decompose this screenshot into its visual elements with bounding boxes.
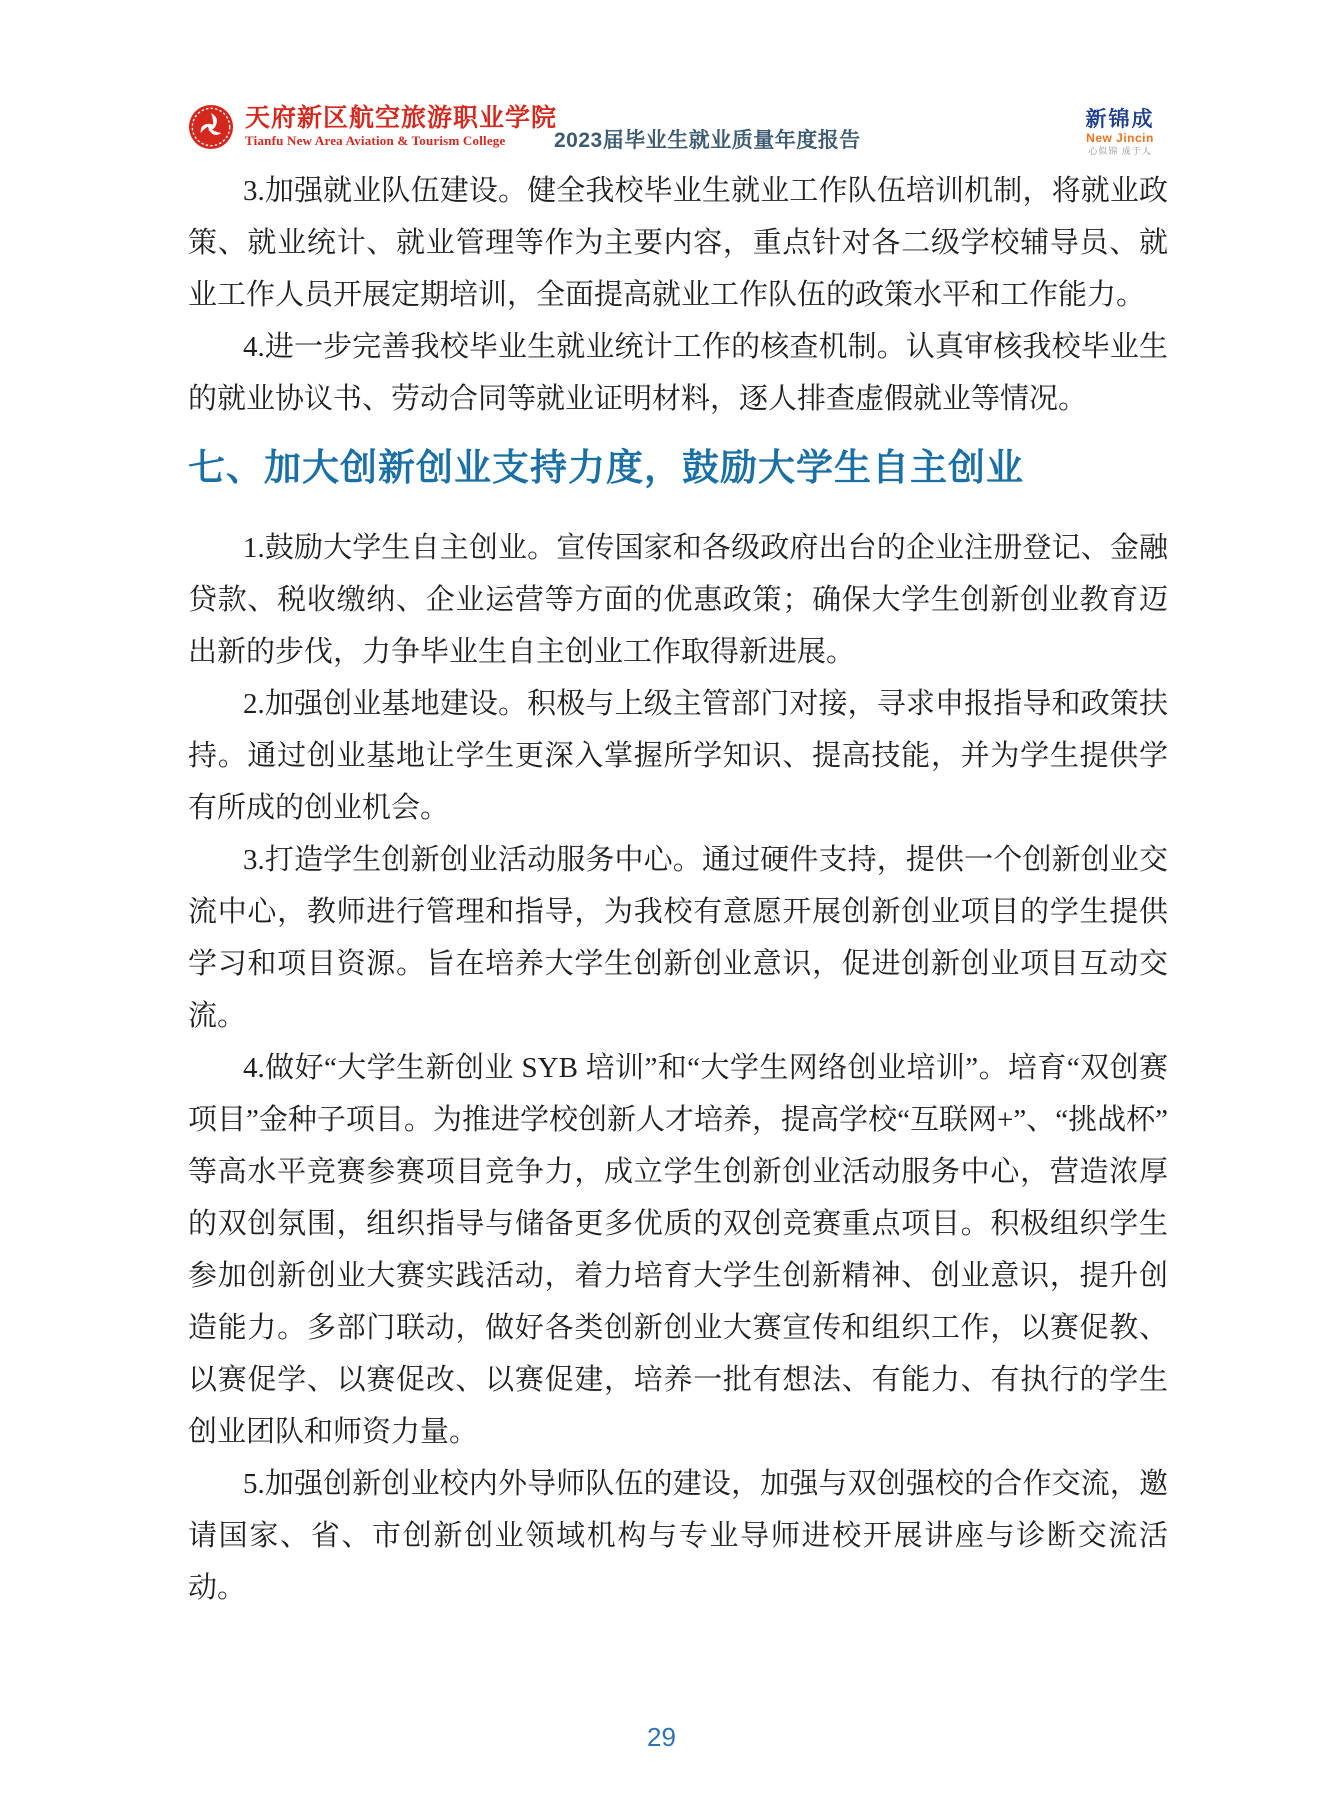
body-paragraph: 1.鼓励大学生自主创业。宣传国家和各级政府出台的企业注册登记、金融贷款、税收缴纳… — [188, 522, 1168, 678]
body-paragraph: 4.进一步完善我校毕业生就业统计工作的核查机制。认真审核我校毕业生的就业协议书、… — [188, 321, 1168, 425]
section-heading: 七、加大创新创业支持力度，鼓励大学生自主创业 — [188, 441, 1168, 497]
school-name-en: Tianfu New Area Aviation & Tourism Colle… — [245, 133, 557, 149]
document-page: 天府新区航空旅游职业学院 Tianfu New Area Aviation & … — [0, 0, 1323, 1795]
newjincin-logo: 新锦成 New Jincin 心似锦 成于人 — [1081, 108, 1159, 158]
body-paragraph: 5.加强创新创业校内外导师队伍的建设，加强与双创强校的合作交流，邀请国家、省、市… — [188, 1458, 1168, 1614]
school-brand: 天府新区航空旅游职业学院 Tianfu New Area Aviation & … — [188, 104, 557, 150]
newjincin-name-en: New Jincin — [1081, 131, 1159, 145]
report-title: 2023届毕业生就业质量年度报告 — [554, 124, 861, 154]
body-paragraph: 3.打造学生创新创业活动服务中心。通过硬件支持，提供一个创新创业交流中心，教师进… — [188, 834, 1168, 1042]
document-body: 3.加强就业队伍建设。健全我校毕业生就业工作队伍培训机制，将就业政策、就业统计、… — [188, 165, 1168, 1614]
school-name-cn: 天府新区航空旅游职业学院 — [245, 105, 557, 133]
phoenix-emblem-icon — [188, 104, 234, 150]
page-header: 天府新区航空旅游职业学院 Tianfu New Area Aviation & … — [188, 102, 1165, 166]
school-name-block: 天府新区航空旅游职业学院 Tianfu New Area Aviation & … — [245, 105, 557, 149]
page-number: 29 — [0, 1722, 1323, 1753]
body-paragraph: 2.加强创业基地建设。积极与上级主管部门对接，寻求申报指导和政策扶持。通过创业基… — [188, 678, 1168, 834]
newjincin-slogan: 心似锦 成于人 — [1081, 145, 1159, 158]
newjincin-name-cn: 新锦成 — [1081, 108, 1159, 131]
body-paragraph: 4.做好“大学生新创业 SYB 培训”和“大学生网络创业培训”。培育“双创赛项目… — [188, 1042, 1168, 1458]
body-paragraph: 3.加强就业队伍建设。健全我校毕业生就业工作队伍培训机制，将就业政策、就业统计、… — [188, 165, 1168, 321]
